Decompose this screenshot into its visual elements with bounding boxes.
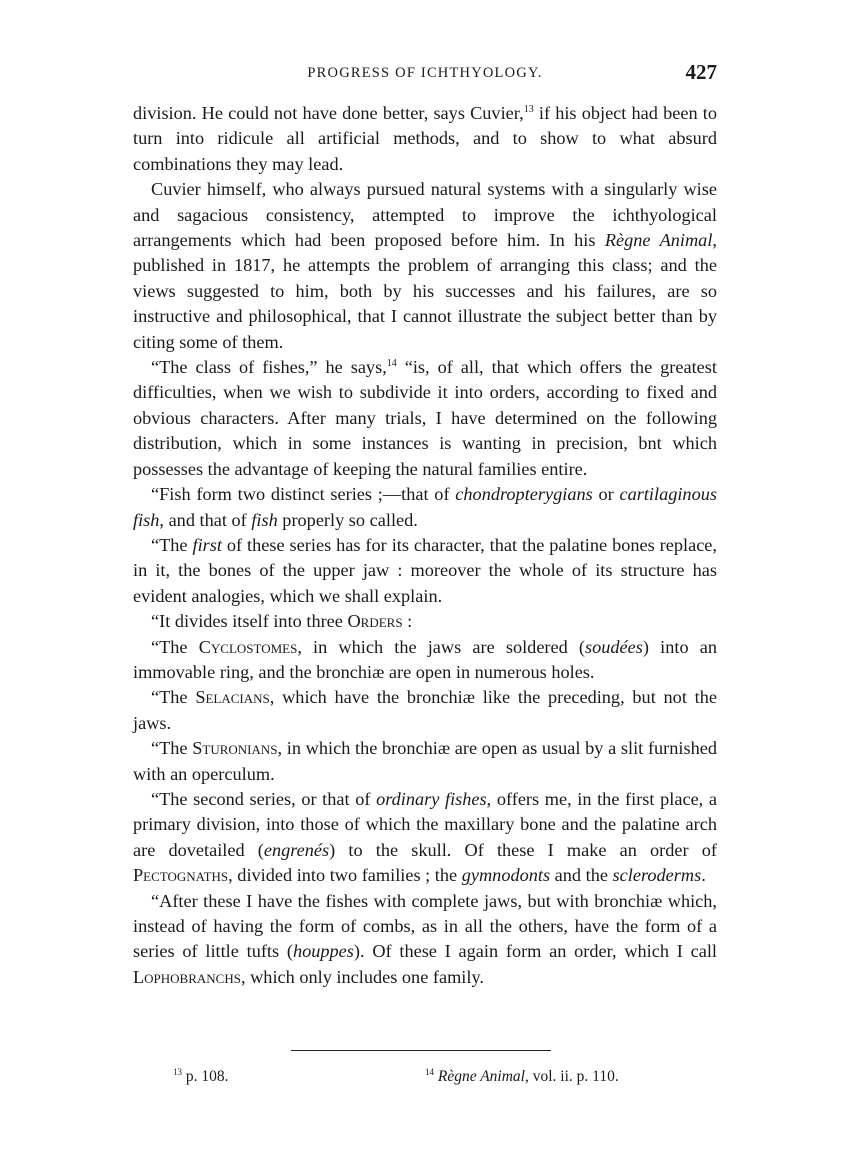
footnote-marker: 13 (173, 1067, 182, 1077)
text-run: , divided into two families ; the (228, 865, 462, 885)
paragraph: division. He could not have done better,… (133, 101, 717, 177)
body-text: division. He could not have done better,… (133, 101, 717, 990)
small-caps-text: Orders (347, 611, 402, 631)
paragraph: “After these I have the fishes with comp… (133, 889, 717, 991)
text-run: properly so called. (278, 510, 418, 530)
text-run: : (403, 611, 413, 631)
italic-text: fish (251, 510, 277, 530)
text-run: “The class of fishes,” he says, (151, 357, 387, 377)
italic-text: Règne Animal (605, 230, 713, 250)
italic-text: engrenés (264, 840, 329, 860)
footnote-ref: 13 (524, 104, 534, 115)
text-run: . (701, 865, 706, 885)
small-caps-text: Lophobranchs (133, 967, 241, 987)
paragraph: “The first of these series has for its c… (133, 533, 717, 609)
running-head: PROGRESS OF ICHTHYOLOGY. 427 (133, 62, 717, 92)
text-run: ) to the skull. Of these I make an order… (329, 840, 717, 860)
paragraph: “It divides itself into three Orders : (133, 609, 717, 634)
text-run: ). Of these I again form an order, which… (354, 941, 717, 961)
small-caps-text: Pectognaths (133, 865, 228, 885)
italic-text: chondropterygians (455, 484, 592, 504)
italic-text: scleroderms (613, 865, 702, 885)
running-title: PROGRESS OF ICHTHYOLOGY. (133, 65, 717, 82)
text-run: division. He could not have done better,… (133, 103, 524, 123)
footnote-14: 14 Règne Animal, vol. ii. p. 110. (425, 1068, 619, 1086)
text-run: or (593, 484, 620, 504)
text-run: , which only includes one family. (241, 967, 484, 987)
text-run: “The second series, or that of (151, 789, 376, 809)
footnote-rule (291, 1050, 551, 1051)
paragraph: “The Selacians, which have the bronchiæ … (133, 685, 717, 736)
paragraph: “The second series, or that of ordinary … (133, 787, 717, 889)
text-run: “The (151, 637, 199, 657)
footnote-13: 13 p. 108. (173, 1068, 229, 1086)
text-run: , and that of (159, 510, 251, 530)
small-caps-text: Cyclostomes (199, 637, 298, 657)
text-run: “The (151, 738, 192, 758)
page-number: 427 (686, 60, 718, 85)
small-caps-text: Sturonians (192, 738, 277, 758)
italic-text: first (192, 535, 221, 555)
footnote-text: p. 108. (186, 1068, 229, 1085)
italic-text: gymnodonts (462, 865, 550, 885)
small-caps-text: Selacians (195, 687, 269, 707)
footnote-marker: 14 (425, 1067, 434, 1077)
text-run: , in which the jaws are soldered ( (297, 637, 585, 657)
footnote-title: Règne Animal (438, 1068, 525, 1085)
italic-text: houppes (293, 941, 354, 961)
paragraph: Cuvier himself, who always pursued natur… (133, 177, 717, 355)
text-run: “The (151, 535, 192, 555)
footnote-ref: 14 (387, 358, 397, 369)
italic-text: soudées (585, 637, 643, 657)
paragraph: “The class of fishes,” he says,14 “is, o… (133, 355, 717, 482)
footnote-text: , vol. ii. p. 110. (525, 1068, 619, 1085)
paragraph: “The Cyclostomes, in which the jaws are … (133, 635, 717, 686)
text-run: “It divides itself into three (151, 611, 347, 631)
text-run: and the (550, 865, 612, 885)
italic-text: ordinary fishes (376, 789, 487, 809)
text-run: “The (151, 687, 195, 707)
paragraph: “The Sturonians, in which the bronchiæ a… (133, 736, 717, 787)
text-run: “Fish form two distinct series ;—that of (151, 484, 455, 504)
paragraph: “Fish form two distinct series ;—that of… (133, 482, 717, 533)
